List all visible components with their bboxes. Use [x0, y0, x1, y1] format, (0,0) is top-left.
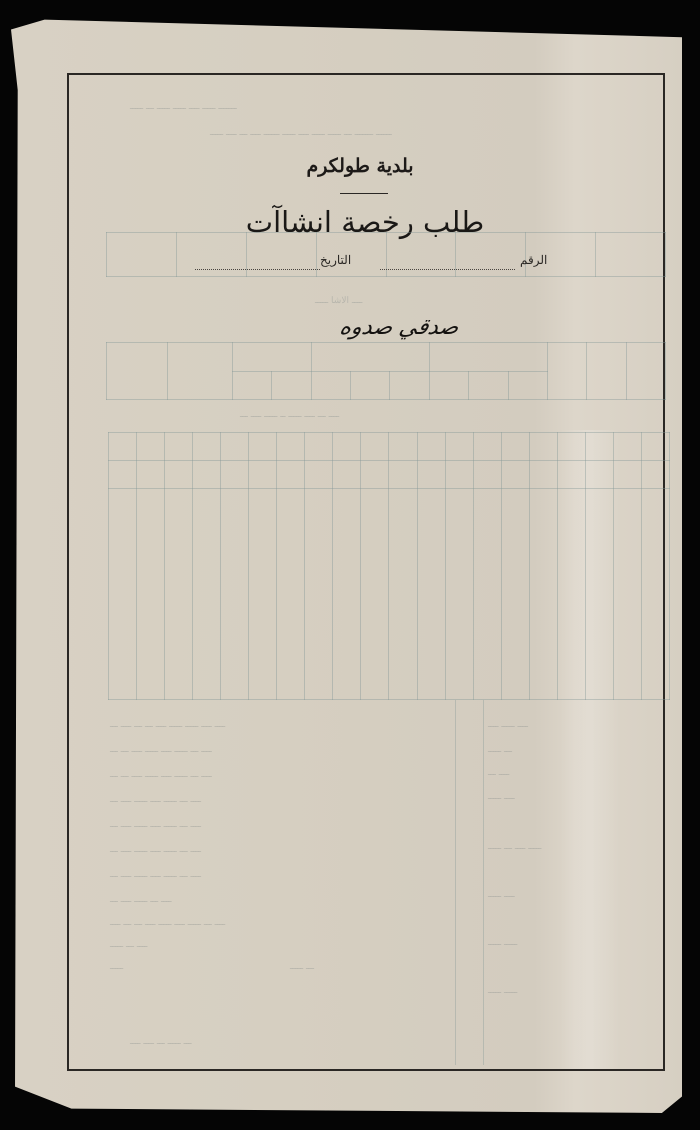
ghost-text: ــــ ـــ ـــــ ــــ ـــــ ــــ ـــ	[110, 795, 201, 805]
ghost-text: ــــ ـــ ــــ ـــــ ــ ـــــ ــــ ـــ	[240, 410, 339, 420]
divider-line	[483, 700, 484, 1065]
number-label: الرقم	[520, 253, 547, 267]
ghost-text: ـــــ	[110, 962, 123, 972]
ghost-text: ـــــ ـــــ	[488, 986, 517, 996]
ghost-text: ــــ ـــــ	[488, 890, 515, 900]
ghost-header-table	[106, 232, 666, 277]
ghost-text: ـــــــ ـــــ ــــ ـــــ ـــــ ـــ ـــــ	[130, 102, 237, 112]
dim-cell	[233, 371, 272, 400]
ghost-text: ــــــ ـــــــ ـــ ـــــ ـــــ ــــ ــــ…	[210, 128, 392, 138]
details-table	[108, 432, 670, 700]
ghost-text: ــــ الاشا ـــــ	[315, 296, 362, 306]
ghost-text: ــــ ـــ	[488, 768, 509, 778]
divider-line	[455, 700, 456, 1065]
ghost-text: ــــ ـــــ	[488, 792, 515, 802]
number-field[interactable]	[380, 269, 515, 270]
date-field[interactable]	[195, 269, 320, 270]
ghost-text: ـــ ـــــ	[488, 745, 512, 755]
ghost-text: ــــ ـــ ـــــ	[110, 940, 147, 950]
ghost-text: ــــ ــــ ـــــ ـــــ ــــ ـــ ـــ ــــ …	[110, 720, 225, 730]
municipality-header: بلدية طولكرم	[280, 155, 440, 177]
ghost-text: ــــ ـــ ـــــ ــــ ـــــ ــــ ـــ ـــ ـ…	[110, 918, 225, 928]
ghost-text: ــــ ـــ ـــــ ــــ ـــــ ــــ ـــ ـــ	[110, 770, 212, 780]
ghost-text: ـــــ ـــــ	[488, 938, 517, 948]
ghost-text: ــــ ـــ ـــــ ــــ ـــ	[110, 895, 172, 905]
ghost-text: ـــــ ــــ ـــ ـــــ	[488, 842, 541, 852]
ghost-text: ــــ ـــ ـــــ ــــ ـــــ ــــ ـــ ـــ	[110, 745, 212, 755]
ghost-text: ـــ ـــــ ـــ ــــ ــــ	[130, 1037, 192, 1047]
ghost-text: ـــ ـــــ	[290, 962, 314, 972]
ghost-text: ــــ ـــ ـــــ ــــ ـــــ ــــ ـــ	[110, 870, 201, 880]
handwritten-name: صدقي صدوه	[337, 315, 461, 340]
dimensions-table	[106, 342, 666, 400]
ghost-text: ــــ ـــــ ــــ	[488, 720, 528, 730]
header-divider	[340, 193, 388, 194]
ghost-text: ــــ ـــ ـــــ ــــ ـــــ ــــ ـــ	[110, 845, 201, 855]
ghost-text: ــــ ـــ ـــــ ــــ ـــــ ــــ ـــ	[110, 820, 201, 830]
date-label: التاريخ	[320, 253, 351, 267]
